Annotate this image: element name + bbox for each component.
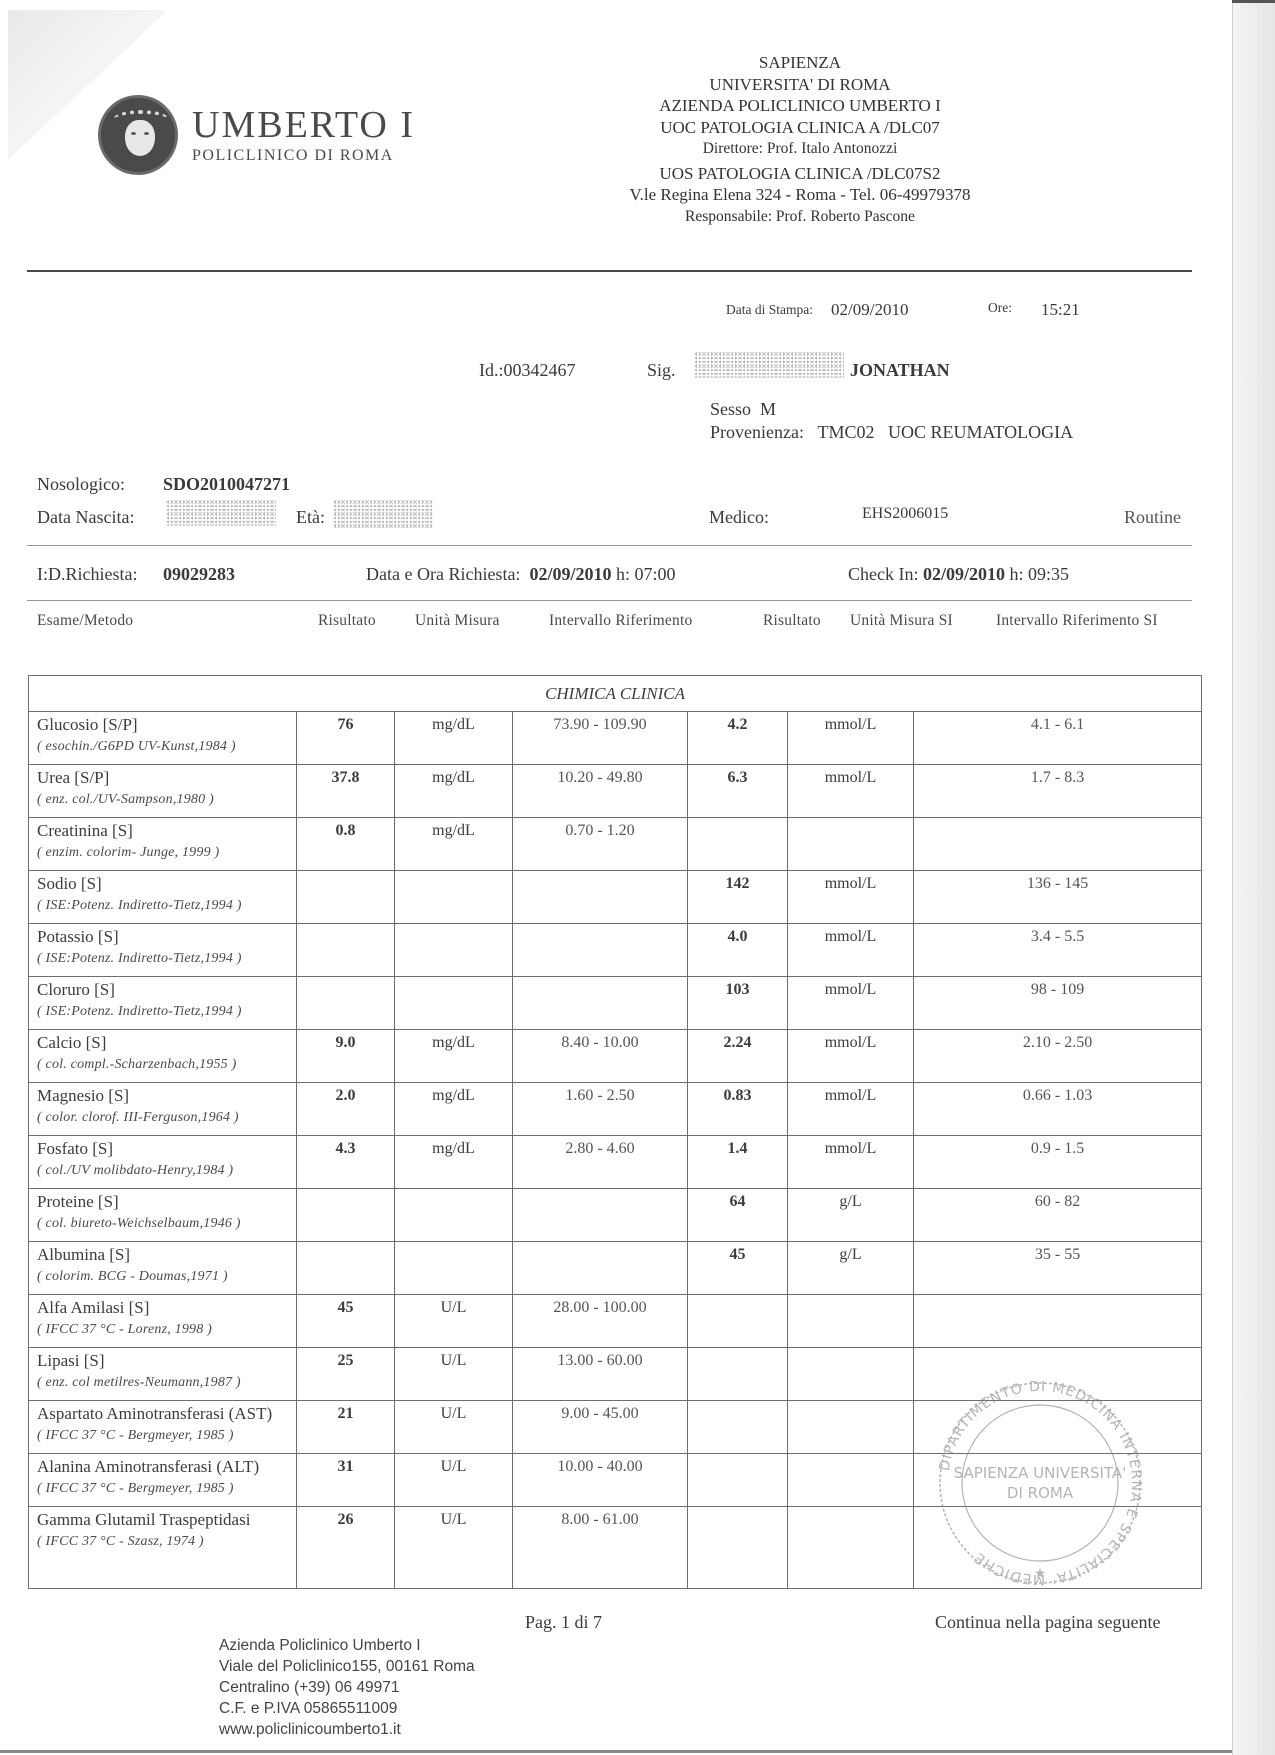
age-redacted xyxy=(333,500,433,528)
result-value-si xyxy=(688,1507,788,1589)
result-unit xyxy=(395,977,513,1030)
col-header-result: Risultato xyxy=(318,612,376,630)
print-date-label: Data di Stampa: xyxy=(726,302,813,318)
result-value-si: 1.4 xyxy=(688,1136,788,1189)
svg-text:DI ROMA: DI ROMA xyxy=(1007,1484,1074,1502)
exam-cell: Magnesio [S]( color. clorof. III-Ferguso… xyxy=(29,1083,297,1136)
exam-name: Potassio [S] xyxy=(37,926,296,947)
result-value: 9.0 xyxy=(297,1030,395,1083)
reference-range: 13.00 - 60.00 xyxy=(513,1348,688,1401)
result-value: 45 xyxy=(297,1295,395,1348)
exam-name: Aspartato Aminotransferasi (AST) xyxy=(37,1403,296,1424)
address-line: Azienda Policlinico Umberto I xyxy=(219,1635,475,1656)
result-unit: mg/dL xyxy=(395,1083,513,1136)
result-value: 37.8 xyxy=(297,765,395,818)
reference-range: 9.00 - 45.00 xyxy=(513,1401,688,1454)
exam-name: Albumina [S] xyxy=(37,1244,296,1265)
section-title: CHIMICA CLINICA xyxy=(29,676,1202,712)
exam-name: Alanina Aminotransferasi (ALT) xyxy=(37,1456,296,1477)
exam-name: Cloruro [S] xyxy=(37,979,296,1000)
reference-range: 10.00 - 40.00 xyxy=(513,1454,688,1507)
result-unit-si xyxy=(788,1295,914,1348)
result-unit-si xyxy=(788,1507,914,1589)
footer-address: Azienda Policlinico Umberto I Viale del … xyxy=(219,1635,475,1740)
exam-method: ( ISE:Potenz. Indiretto-Tietz,1994 ) xyxy=(37,947,296,970)
result-unit: mg/dL xyxy=(395,765,513,818)
result-unit-si: mmol/L xyxy=(788,1083,914,1136)
exam-method: ( IFCC 37 °C - Bergmeyer, 1985 ) xyxy=(37,1477,296,1500)
result-unit-si: mmol/L xyxy=(788,977,914,1030)
result-unit-si xyxy=(788,1454,914,1507)
exam-cell: Aspartato Aminotransferasi (AST)( IFCC 3… xyxy=(29,1401,297,1454)
request-id: 09029283 xyxy=(163,564,235,585)
result-value: 0.8 xyxy=(297,818,395,871)
reference-range-si: 0.66 - 1.03 xyxy=(914,1083,1202,1136)
result-unit: mg/dL xyxy=(395,712,513,765)
result-value: 26 xyxy=(297,1507,395,1589)
exam-name: Sodio [S] xyxy=(37,873,296,894)
result-unit: U/L xyxy=(395,1295,513,1348)
reference-range-si: 136 - 145 xyxy=(914,871,1202,924)
result-value xyxy=(297,924,395,977)
exam-cell: Proteine [S]( col. biureto-Weichselbaum,… xyxy=(29,1189,297,1242)
result-unit-si xyxy=(788,1401,914,1454)
patient-first-name: JONATHAN xyxy=(850,360,950,381)
result-value-si xyxy=(688,1348,788,1401)
result-value: 25 xyxy=(297,1348,395,1401)
exam-method: ( ISE:Potenz. Indiretto-Tietz,1994 ) xyxy=(37,1000,296,1023)
exam-method: ( col./UV molibdato-Henry,1984 ) xyxy=(37,1159,296,1182)
table-row: Creatinina [S]( enzim. colorim- Junge, 1… xyxy=(29,818,1202,871)
result-unit: mg/dL xyxy=(395,1136,513,1189)
address-line: Viale del Policlinico155, 00161 Roma xyxy=(219,1656,475,1677)
table-row: Fosfato [S]( col./UV molibdato-Henry,198… xyxy=(29,1136,1202,1189)
result-unit-si: g/L xyxy=(788,1242,914,1295)
result-value: 21 xyxy=(297,1401,395,1454)
result-unit: mg/dL xyxy=(395,1030,513,1083)
table-row: Magnesio [S]( color. clorof. III-Ferguso… xyxy=(29,1083,1202,1136)
patient-origin: Provenienza: TMC02 UOC REUMATOLOGIA xyxy=(710,422,1073,443)
exam-cell: Potassio [S]( ISE:Potenz. Indiretto-Tiet… xyxy=(29,924,297,977)
logo-title: UMBERTO I xyxy=(192,105,415,145)
result-unit-si xyxy=(788,818,914,871)
result-unit xyxy=(395,1242,513,1295)
result-unit: U/L xyxy=(395,1348,513,1401)
result-value xyxy=(297,1242,395,1295)
col-header-unit: Unità Misura xyxy=(415,612,500,630)
result-value-si: 2.24 xyxy=(688,1030,788,1083)
exam-name: Alfa Amilasi [S] xyxy=(37,1297,296,1318)
result-value xyxy=(297,1189,395,1242)
scan-bottom-edge xyxy=(0,1750,1232,1753)
website-link[interactable]: www.policlinicoumberto1.it xyxy=(219,1719,475,1740)
result-value-si: 4.2 xyxy=(688,712,788,765)
result-value-si: 4.0 xyxy=(688,924,788,977)
exam-cell: Sodio [S]( ISE:Potenz. Indiretto-Tietz,1… xyxy=(29,871,297,924)
doctor-code: EHS2006015 xyxy=(862,505,948,523)
address-line: Centralino (+39) 06 49971 xyxy=(219,1677,475,1698)
result-value-si xyxy=(688,818,788,871)
exam-method: ( IFCC 37 °C - Bergmeyer, 1985 ) xyxy=(37,1424,296,1447)
exam-name: Glucosio [S/P] xyxy=(37,714,296,735)
exam-method: ( col. biureto-Weichselbaum,1946 ) xyxy=(37,1212,296,1235)
exam-method: ( esochin./G6PD UV-Kunst,1984 ) xyxy=(37,735,296,758)
result-unit-si: mmol/L xyxy=(788,1030,914,1083)
exam-name: Fosfato [S] xyxy=(37,1138,296,1159)
reference-range-si: 2.10 - 2.50 xyxy=(914,1030,1202,1083)
result-value xyxy=(297,977,395,1030)
request-datetime: Data e Ora Richiesta: 02/09/2010 h: 07:0… xyxy=(366,564,675,585)
reference-range xyxy=(513,1189,688,1242)
result-unit-si: mmol/L xyxy=(788,712,914,765)
svg-text:SAPIENZA UNIVERSITA': SAPIENZA UNIVERSITA' xyxy=(954,1464,1127,1482)
reference-range-si xyxy=(914,1295,1202,1348)
col-header-exam: Esame/Metodo xyxy=(37,612,133,630)
result-value-si: 6.3 xyxy=(688,765,788,818)
table-row: Calcio [S]( col. compl.-Scharzenbach,195… xyxy=(29,1030,1202,1083)
result-value: 2.0 xyxy=(297,1083,395,1136)
table-row: Potassio [S]( ISE:Potenz. Indiretto-Tiet… xyxy=(29,924,1202,977)
reference-range: 8.40 - 10.00 xyxy=(513,1030,688,1083)
exam-method: ( enz. col./UV-Sampson,1980 ) xyxy=(37,788,296,811)
svg-text:★: ★ xyxy=(1034,1567,1047,1582)
result-value: 31 xyxy=(297,1454,395,1507)
result-unit-si: mmol/L xyxy=(788,1136,914,1189)
priority: Routine xyxy=(1124,507,1181,528)
checkin: Check In: 02/09/2010 h: 09:35 xyxy=(848,564,1069,585)
patient-id: Id.:00342467 xyxy=(479,360,576,381)
exam-cell: Glucosio [S/P]( esochin./G6PD UV-Kunst,1… xyxy=(29,712,297,765)
reference-range xyxy=(513,924,688,977)
nosologico-label: Nosologico: xyxy=(37,474,125,495)
divider xyxy=(27,545,1192,546)
exam-cell: Cloruro [S]( ISE:Potenz. Indiretto-Tietz… xyxy=(29,977,297,1030)
patient-sex: Sesso M xyxy=(710,399,776,420)
result-unit xyxy=(395,1189,513,1242)
col-header-range-si: Intervallo Riferimento SI xyxy=(996,612,1158,630)
reference-range: 2.80 - 4.60 xyxy=(513,1136,688,1189)
continue-note: Continua nella pagina seguente xyxy=(935,1612,1160,1633)
result-value: 76 xyxy=(297,712,395,765)
col-header-range: Intervallo Riferimento xyxy=(549,612,692,630)
svg-text:DIPARTIMENTO DI MEDICINA INTER: DIPARTIMENTO DI MEDICINA INTERNA E SPECI… xyxy=(937,1379,1144,1587)
table-row: Cloruro [S]( ISE:Potenz. Indiretto-Tietz… xyxy=(29,977,1202,1030)
exam-cell: Alfa Amilasi [S]( IFCC 37 °C - Lorenz, 1… xyxy=(29,1295,297,1348)
exam-name: Gamma Glutamil Traspeptidasi xyxy=(37,1509,296,1530)
print-date: 02/09/2010 xyxy=(831,300,908,320)
result-unit xyxy=(395,871,513,924)
inst-line: SAPIENZA xyxy=(560,52,1040,74)
inst-line: UOS PATOLOGIA CLINICA /DLC07S2 xyxy=(560,163,1040,185)
table-row: Proteine [S]( col. biureto-Weichselbaum,… xyxy=(29,1189,1202,1242)
result-unit: mg/dL xyxy=(395,818,513,871)
exam-cell: Gamma Glutamil Traspeptidasi( IFCC 37 °C… xyxy=(29,1507,297,1589)
table-row: Sodio [S]( ISE:Potenz. Indiretto-Tietz,1… xyxy=(29,871,1202,924)
result-value-si: 103 xyxy=(688,977,788,1030)
reference-range xyxy=(513,1242,688,1295)
reference-range-si: 98 - 109 xyxy=(914,977,1202,1030)
result-unit-si xyxy=(788,1348,914,1401)
result-value: 4.3 xyxy=(297,1136,395,1189)
medusa-medallion-icon xyxy=(98,95,178,175)
reference-range-si xyxy=(914,818,1202,871)
patient-surname-redacted xyxy=(694,352,844,378)
exam-cell: Lipasi [S]( enz. col metilres-Neumann,19… xyxy=(29,1348,297,1401)
page-number: Pag. 1 di 7 xyxy=(525,1612,602,1633)
result-value-si: 142 xyxy=(688,871,788,924)
table-row: Glucosio [S/P]( esochin./G6PD UV-Kunst,1… xyxy=(29,712,1202,765)
birth-date-redacted xyxy=(166,500,276,526)
scan-edge xyxy=(1232,0,1275,1755)
exam-name: Lipasi [S] xyxy=(37,1350,296,1371)
exam-name: Creatinina [S] xyxy=(37,820,296,841)
result-value-si: 64 xyxy=(688,1189,788,1242)
print-time: 15:21 xyxy=(1041,300,1080,320)
col-header-result-si: Risultato xyxy=(763,612,821,630)
exam-name: Magnesio [S] xyxy=(37,1085,296,1106)
col-header-unit-si: Unità Misura SI xyxy=(850,612,953,630)
reference-range: 0.70 - 1.20 xyxy=(513,818,688,871)
inst-line: UOC PATOLOGIA CLINICA A /DLC07 xyxy=(560,117,1040,139)
exam-method: ( ISE:Potenz. Indiretto-Tietz,1994 ) xyxy=(37,894,296,917)
inst-responsible: Responsabile: Prof. Roberto Pascone xyxy=(560,206,1040,228)
header-divider xyxy=(27,270,1192,272)
table-row: Urea [S/P]( enz. col./UV-Sampson,1980 )3… xyxy=(29,765,1202,818)
result-unit-si: mmol/L xyxy=(788,871,914,924)
birth-date-label: Data Nascita: xyxy=(37,507,134,528)
divider xyxy=(27,600,1192,601)
inst-line: AZIENDA POLICLINICO UMBERTO I xyxy=(560,95,1040,117)
reference-range: 10.20 - 49.80 xyxy=(513,765,688,818)
result-value xyxy=(297,871,395,924)
reference-range: 1.60 - 2.50 xyxy=(513,1083,688,1136)
nosologico-value: SDO2010047271 xyxy=(163,474,290,495)
inst-director: Direttore: Prof. Italo Antonozzi xyxy=(560,138,1040,160)
table-row: Albumina [S]( colorim. BCG - Doumas,1971… xyxy=(29,1242,1202,1295)
department-stamp: DIPARTIMENTO DI MEDICINA INTERNA E SPECI… xyxy=(935,1378,1145,1588)
exam-method: ( col. compl.-Scharzenbach,1955 ) xyxy=(37,1053,296,1076)
exam-cell: Alanina Aminotransferasi (ALT)( IFCC 37 … xyxy=(29,1454,297,1507)
logo-subtitle: POLICLINICO DI ROMA xyxy=(192,147,415,165)
result-value-si xyxy=(688,1454,788,1507)
exam-cell: Fosfato [S]( col./UV molibdato-Henry,198… xyxy=(29,1136,297,1189)
result-unit: U/L xyxy=(395,1401,513,1454)
exam-cell: Urea [S/P]( enz. col./UV-Sampson,1980 ) xyxy=(29,765,297,818)
exam-cell: Calcio [S]( col. compl.-Scharzenbach,195… xyxy=(29,1030,297,1083)
patient-title: Sig. xyxy=(647,360,676,381)
exam-method: ( colorim. BCG - Doumas,1971 ) xyxy=(37,1265,296,1288)
reference-range: 8.00 - 61.00 xyxy=(513,1507,688,1589)
result-unit-si: mmol/L xyxy=(788,924,914,977)
result-unit-si: g/L xyxy=(788,1189,914,1242)
reference-range-si: 1.7 - 8.3 xyxy=(914,765,1202,818)
exam-cell: Albumina [S]( colorim. BCG - Doumas,1971… xyxy=(29,1242,297,1295)
reference-range: 28.00 - 100.00 xyxy=(513,1295,688,1348)
result-unit: U/L xyxy=(395,1507,513,1589)
result-unit xyxy=(395,924,513,977)
address-line: C.F. e P.IVA 05865511009 xyxy=(219,1698,475,1719)
exam-name: Proteine [S] xyxy=(37,1191,296,1212)
reference-range-si: 3.4 - 5.5 xyxy=(914,924,1202,977)
institution-header: SAPIENZA UNIVERSITA' DI ROMA AZIENDA POL… xyxy=(560,52,1040,227)
result-value-si xyxy=(688,1295,788,1348)
exam-name: Urea [S/P] xyxy=(37,767,296,788)
table-row: Alfa Amilasi [S]( IFCC 37 °C - Lorenz, 1… xyxy=(29,1295,1202,1348)
reference-range: 73.90 - 109.90 xyxy=(513,712,688,765)
reference-range-si: 60 - 82 xyxy=(914,1189,1202,1242)
inst-address: V.le Regina Elena 324 - Roma - Tel. 06-4… xyxy=(560,184,1040,206)
reference-range xyxy=(513,977,688,1030)
exam-method: ( IFCC 37 °C - Lorenz, 1998 ) xyxy=(37,1318,296,1341)
exam-cell: Creatinina [S]( enzim. colorim- Junge, 1… xyxy=(29,818,297,871)
hospital-logo: UMBERTO I POLICLINICO DI ROMA xyxy=(98,95,415,175)
exam-method: ( enzim. colorim- Junge, 1999 ) xyxy=(37,841,296,864)
exam-method: ( enz. col metilres-Neumann,1987 ) xyxy=(37,1371,296,1394)
scan-edge-top xyxy=(1232,0,1275,3)
result-unit-si: mmol/L xyxy=(788,765,914,818)
exam-method: ( IFCC 37 °C - Szasz, 1974 ) xyxy=(37,1530,296,1553)
reference-range xyxy=(513,871,688,924)
result-value-si xyxy=(688,1401,788,1454)
reference-range-si: 4.1 - 6.1 xyxy=(914,712,1202,765)
exam-method: ( color. clorof. III-Ferguson,1964 ) xyxy=(37,1106,296,1129)
inst-line: UNIVERSITA' DI ROMA xyxy=(560,74,1040,96)
result-unit: U/L xyxy=(395,1454,513,1507)
result-value-si: 45 xyxy=(688,1242,788,1295)
reference-range-si: 0.9 - 1.5 xyxy=(914,1136,1202,1189)
reference-range-si: 35 - 55 xyxy=(914,1242,1202,1295)
age-label: Età: xyxy=(296,507,325,528)
result-value-si: 0.83 xyxy=(688,1083,788,1136)
request-id-label: I:D.Richiesta: xyxy=(37,564,137,585)
print-time-label: Ore: xyxy=(988,300,1012,316)
exam-name: Calcio [S] xyxy=(37,1032,296,1053)
doctor-label: Medico: xyxy=(709,507,769,528)
